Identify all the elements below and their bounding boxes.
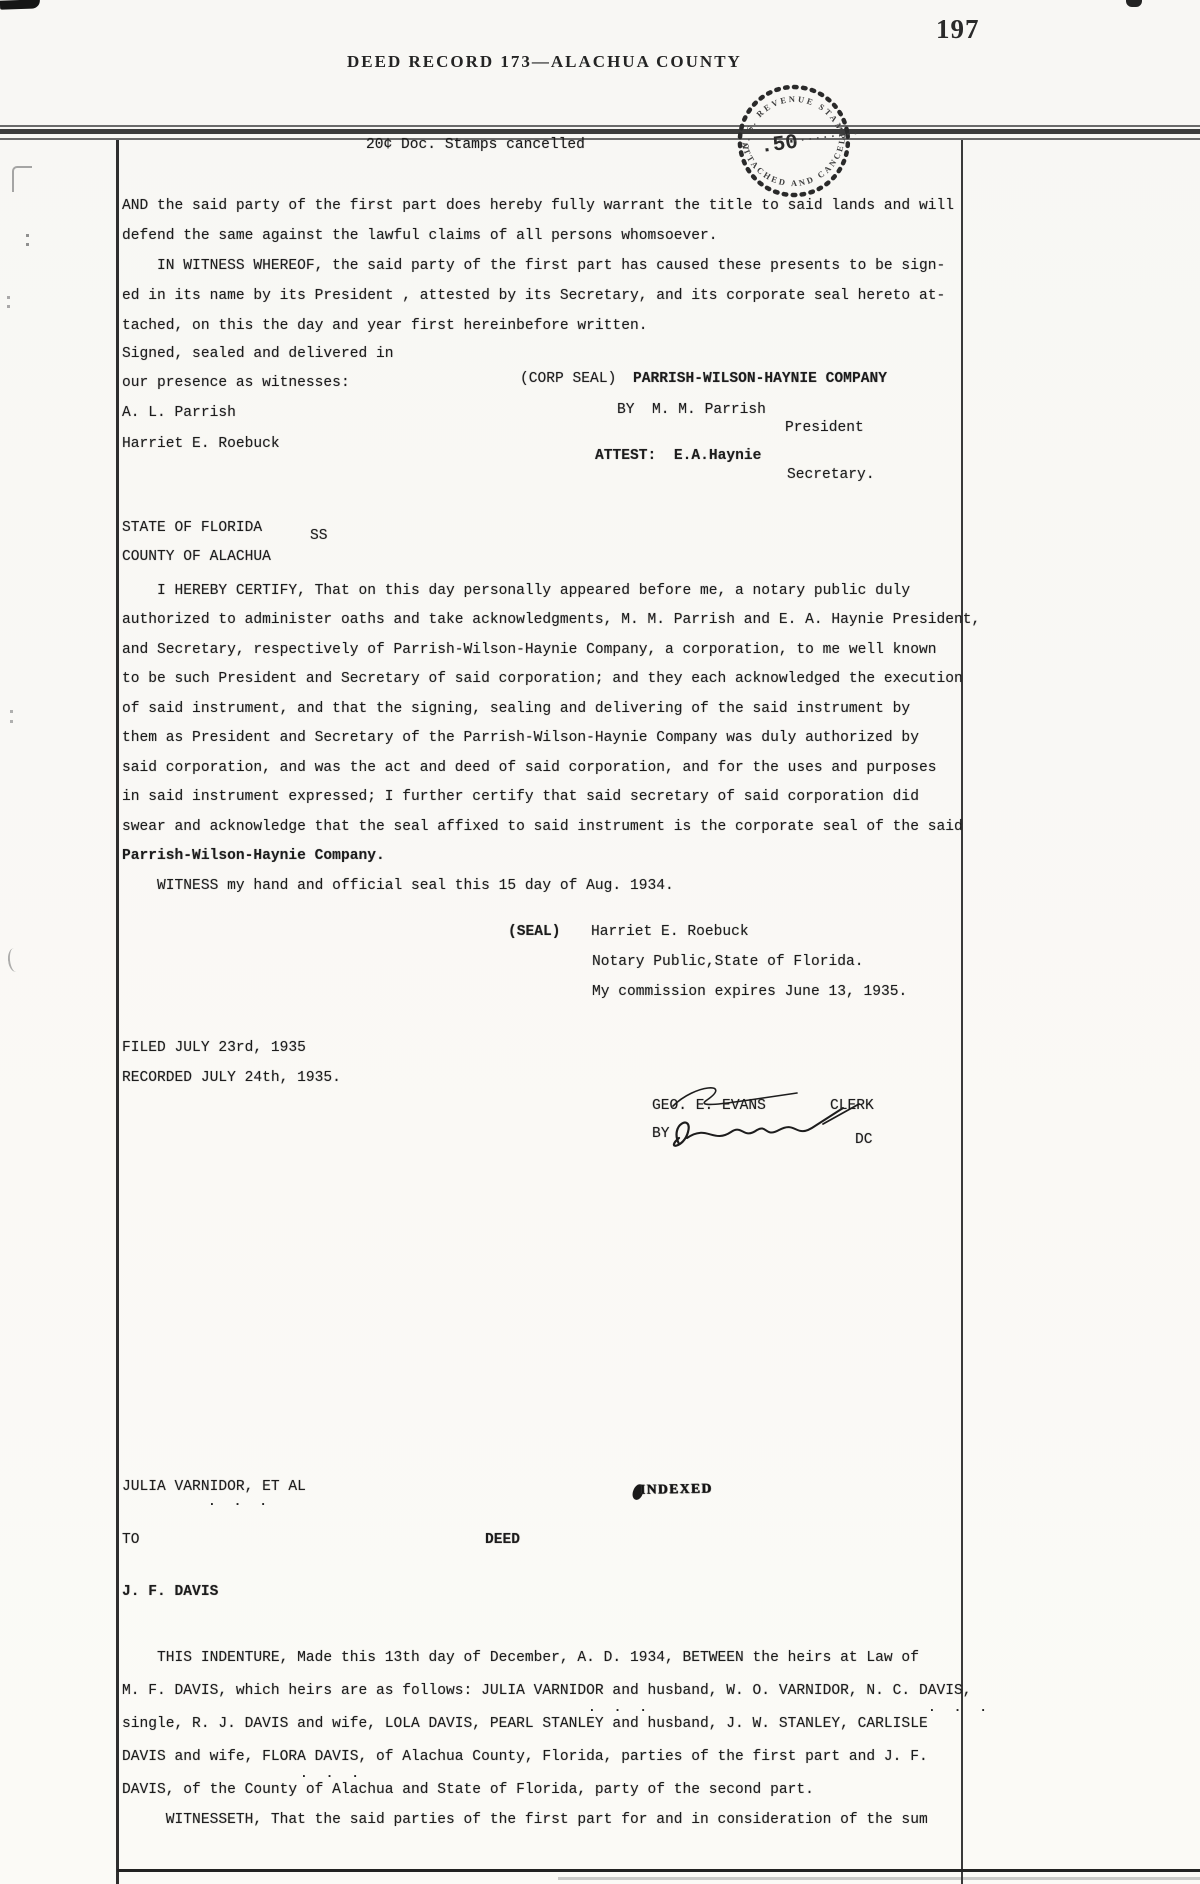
revenue-stamp: U. S. REVENUE STAMPS ATTACHED AND CANCEL… — [717, 70, 872, 214]
warranty-line: tached, on this the day and year first h… — [122, 318, 647, 334]
signed-sealed-line: Signed, sealed and delivered in — [122, 346, 394, 362]
state-label: STATE OF FLORIDA — [122, 520, 262, 536]
witnesses-line: our presence as witnesses: — [122, 375, 350, 391]
scan-artifact — [1126, 0, 1142, 7]
corp-seal-label: (CORP SEAL) — [520, 371, 616, 387]
proof-dots: . . . — [208, 1494, 272, 1509]
notary-line: authorized to administer oaths and take … — [122, 612, 980, 628]
page-number: 197 — [936, 14, 980, 45]
bottom-rule — [117, 1869, 1200, 1872]
witness-name: Harriet E. Roebuck — [122, 436, 280, 452]
notary-line: swear and acknowledge that the seal affi… — [122, 819, 963, 835]
indenture-line: DAVIS and wife, FLORA DAVIS, of Alachua … — [122, 1749, 928, 1765]
scan-artifact — [0, 0, 40, 10]
notary-line: in said instrument expressed; I further … — [122, 789, 919, 805]
president-label: President — [785, 420, 864, 436]
notary-title: Notary Public,State of Florida. — [592, 954, 864, 970]
indenture-line: DAVIS, of the County of Alachua and Stat… — [122, 1782, 814, 1798]
top-rule-thin — [0, 125, 1200, 127]
grantee-name: J. F. DAVIS — [122, 1584, 218, 1600]
top-rule-thin2 — [0, 138, 1200, 140]
filed-line: FILED JULY 23rd, 1935 — [122, 1040, 306, 1056]
instrument-type-label: DEED — [485, 1532, 520, 1548]
witness-name: A. L. Parrish — [122, 405, 236, 421]
right-border — [961, 140, 963, 1884]
witness-seal-line: WITNESS my hand and official seal this 1… — [122, 878, 674, 894]
notary-commission: My commission expires June 13, 1935. — [592, 984, 907, 1000]
to-label: TO — [122, 1532, 140, 1548]
scan-artifact — [7, 947, 23, 972]
seal-label: (SEAL) — [508, 924, 561, 940]
indexed-stamp: INDEXED — [640, 1480, 713, 1497]
scan-artifact — [7, 296, 10, 299]
county-label: COUNTY OF ALACHUA — [122, 549, 271, 565]
proof-dots: . . . — [300, 1766, 364, 1781]
warranty-line: IN WITNESS WHEREOF, the said party of th… — [122, 258, 945, 274]
proof-dots: . . . — [588, 1700, 652, 1715]
notary-line: them as President and Secretary of the P… — [122, 730, 919, 746]
page-title: DEED RECORD 173—ALACHUA COUNTY — [347, 52, 742, 72]
notary-line: to be such President and Secretary of sa… — [122, 671, 963, 687]
left-border — [116, 140, 119, 1884]
scan-artifact — [558, 1877, 1200, 1880]
warranty-line: ed in its name by its President , attest… — [122, 288, 945, 304]
notary-line: I HEREBY CERTIFY, That on this day perso… — [122, 583, 910, 599]
company-name: PARRISH-WILSON-HAYNIE COMPANY — [633, 371, 887, 387]
corp-by-line: BY M. M. Parrish — [617, 402, 766, 418]
doc-stamps-line: 20¢ Doc. Stamps cancelled — [366, 137, 585, 153]
secretary-label: Secretary. — [787, 467, 875, 483]
stamp-cancel-dots: ········· — [791, 128, 860, 148]
indenture-line: single, R. J. DAVIS and wife, LOLA DAVIS… — [122, 1716, 928, 1732]
indenture-line: M. F. DAVIS, which heirs are as follows:… — [122, 1683, 972, 1699]
warranty-line: defend the same against the lawful claim… — [122, 228, 718, 244]
clerk-signature — [645, 1080, 925, 1160]
scan-artifact — [26, 234, 29, 237]
grantor-name: JULIA VARNIDOR, ET AL — [122, 1479, 306, 1495]
notary-line: said corporation, and was the act and de… — [122, 760, 936, 776]
notary-name: Harriet E. Roebuck — [591, 924, 749, 940]
proof-dots: . . . — [928, 1700, 992, 1715]
notary-line: Parrish-Wilson-Haynie Company. — [122, 848, 385, 864]
notary-line: of said instrument, and that the signing… — [122, 701, 910, 717]
notary-line: and Secretary, respectively of Parrish-W… — [122, 642, 936, 658]
indenture-line: THIS INDENTURE, Made this 13th day of De… — [122, 1650, 919, 1666]
ss-label: SS — [310, 528, 328, 544]
top-rule-thick — [0, 129, 1200, 134]
scan-artifact — [10, 710, 13, 713]
attest-line: ATTEST: E.A.Haynie — [595, 448, 761, 464]
warranty-line: AND the said party of the first part doe… — [122, 198, 954, 214]
scan-artifact — [12, 166, 32, 192]
indenture-line: WITNESSETH, That the said parties of the… — [122, 1812, 928, 1828]
deed-record-page: 197 DEED RECORD 173—ALACHUA COUNTY U. S.… — [0, 0, 1200, 1884]
recorded-line: RECORDED JULY 24th, 1935. — [122, 1070, 341, 1086]
